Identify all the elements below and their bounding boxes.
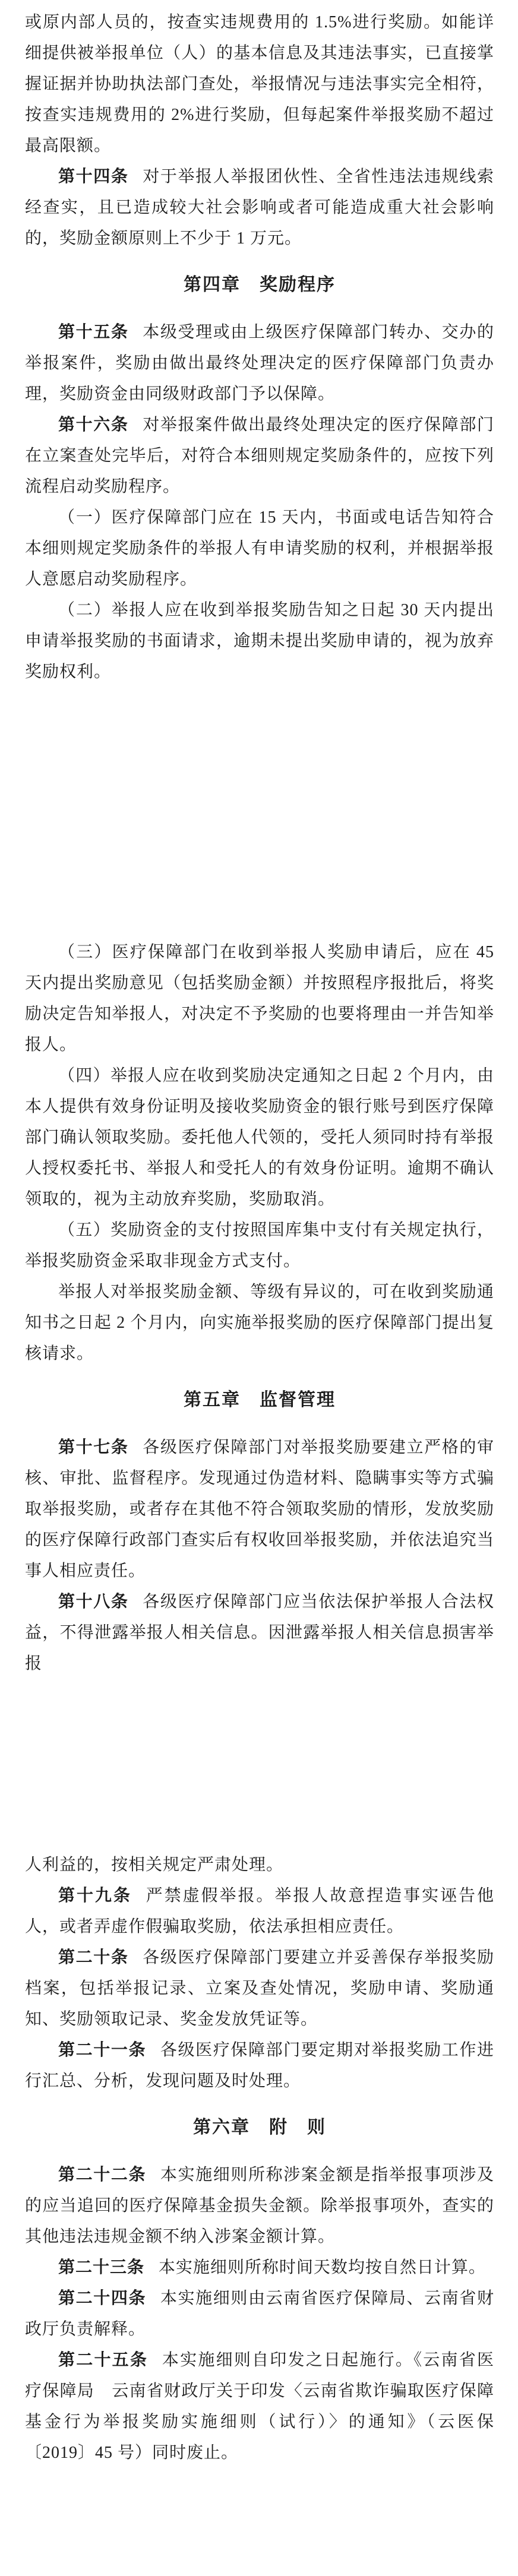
article-paragraph: 第十五条本级受理或由上级医疗保障部门转办、交办的举报案件，奖励由做出最终处理决定… xyxy=(25,317,494,410)
chapter-heading: 第五章 监督管理 xyxy=(25,1385,494,1416)
chapter-heading: 第六章 附 则 xyxy=(25,2112,494,2143)
article-text: 各级医疗保障部门对举报奖励要建立严格的审核、审批、监督程序。发现通过伪造材料、隐… xyxy=(25,1438,494,1580)
article-paragraph: 第二十五条本实施细则自印发之日起施行。《云南省医疗保障局 云南省财政厅关于印发〈… xyxy=(25,2345,494,2469)
article-paragraph: 第十九条严禁虚假举报。举报人故意捏造事实诬告他人，或者弄虚作假骗取奖励，依法承担… xyxy=(25,1881,494,1942)
paragraph-continuation: 或原内部人员的，按查实违规费用的 1.5%进行奖励。如能详细提供被举报单位（人）… xyxy=(25,7,494,162)
article-text: 本实施细则所称时间天数均按自然日计算。 xyxy=(159,2258,486,2277)
article-number: 第十九条 xyxy=(58,1887,132,1905)
scanned-document: { "document": { "pages": [ { "name": "pa… xyxy=(0,0,518,2576)
article-number: 第十七条 xyxy=(58,1438,128,1457)
article-paragraph: 第二十一条各级医疗保障部门要定期对举报奖励工作进行汇总、分析，发现问题及时处理。 xyxy=(25,2035,494,2097)
document-page-1: 或原内部人员的，按查实违规费用的 1.5%进行奖励。如能详细提供被举报单位（人）… xyxy=(0,0,518,932)
list-item-paragraph: （五）奖励资金的支付按照国库集中支付有关规定执行，举报奖励资金采取非现金方式支付… xyxy=(25,1215,494,1277)
article-number: 第十六条 xyxy=(58,416,128,434)
article-number: 第十八条 xyxy=(58,1593,128,1611)
paragraph: 举报人对举报奖励金额、等级有异议的，可在收到奖励通知书之日起 2 个月内，向实施… xyxy=(25,1277,494,1369)
chapter-heading: 第四章 奖励程序 xyxy=(25,270,494,300)
article-number: 第十四条 xyxy=(58,167,128,186)
article-number: 第二十二条 xyxy=(58,2166,146,2184)
article-paragraph: 第十六条对举报案件做出最终处理决定的医疗保障部门在立案查处完毕后，对符合本细则规… xyxy=(25,410,494,502)
article-paragraph: 第二十条各级医疗保障部门要建立并妥善保存举报奖励档案，包括举报记录、立案及查处情… xyxy=(25,1942,494,2035)
article-paragraph: 第二十三条本实施细则所称时间天数均按自然日计算。 xyxy=(25,2252,494,2283)
article-number: 第十五条 xyxy=(58,323,128,341)
article-number: 第二十四条 xyxy=(58,2289,146,2308)
document-page-3: 人利益的，按相关规定严肃处理。 第十九条严禁虚假举报。举报人故意捏造事实诬告他人… xyxy=(0,1844,518,2576)
paragraph-continuation: 人利益的，按相关规定严肃处理。 xyxy=(25,1850,494,1881)
article-number: 第二十条 xyxy=(58,1948,128,1967)
list-item-paragraph: （四）举报人应在收到奖励决定通知之日起 2 个月内，由本人提供有效身份证明及接收… xyxy=(25,1061,494,1215)
article-paragraph: 第十七条各级医疗保障部门对举报奖励要建立严格的审核、审批、监督程序。发现通过伪造… xyxy=(25,1432,494,1587)
article-number: 第二十五条 xyxy=(58,2351,148,2369)
article-number: 第二十一条 xyxy=(58,2041,146,2059)
article-paragraph: 第二十四条本实施细则由云南省医疗保障局、云南省财政厅负责解释。 xyxy=(25,2283,494,2345)
list-item-paragraph: （一）医疗保障部门应在 15 天内，书面或电话告知符合本细则规定奖励条件的举报人… xyxy=(25,502,494,595)
article-paragraph: 第十四条对于举报人举报团伙性、全省性违法违规线索经查实，且已造成较大社会影响或者… xyxy=(25,162,494,254)
list-item-paragraph: （三）医疗保障部门在收到举报人奖励申请后，应在 45 天内提出奖励意见（包括奖励… xyxy=(25,937,494,1061)
list-item-paragraph: （二）举报人应在收到举报奖励告知之日起 30 天内提出申请举报奖励的书面请求，逾… xyxy=(25,595,494,688)
article-paragraph: 第十八条各级医疗保障部门应当依法保护举报人合法权益，不得泄露举报人相关信息。因泄… xyxy=(25,1587,494,1679)
article-paragraph: 第二十二条本实施细则所称涉案金额是指举报事项涉及的应当追回的医疗保障基金损失金额… xyxy=(25,2160,494,2252)
article-number: 第二十三条 xyxy=(58,2258,144,2277)
document-body: 或原内部人员的，按查实违规费用的 1.5%进行奖励。如能详细提供被举报单位（人）… xyxy=(0,0,518,2576)
document-page-2: （三）医疗保障部门在收到举报人奖励申请后，应在 45 天内提出奖励意见（包括奖励… xyxy=(0,932,518,1844)
